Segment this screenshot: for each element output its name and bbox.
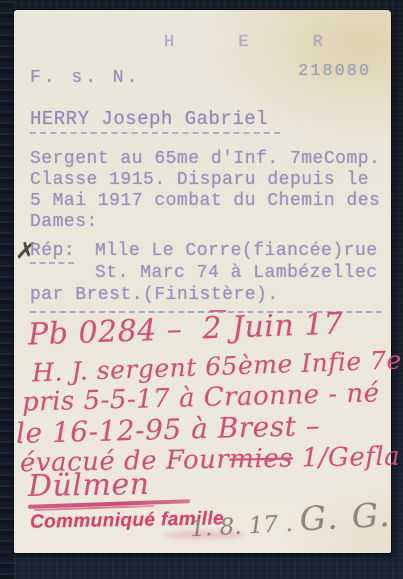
binding-edge-texture [0, 0, 14, 579]
registration-number: 218080 [298, 62, 371, 81]
reply-line-3: par Brest.(Finistère). [30, 285, 279, 306]
index-letters: H E R [164, 32, 350, 53]
handwriting-line-5-post: 1/Gefla [293, 442, 401, 474]
description-line-3: 5 Mai 1917 combat du Chemin des [30, 191, 380, 212]
description-line-2: Classe 1915. Disparu depuis le [30, 170, 369, 191]
pencil-initials: G. G. [299, 495, 393, 539]
index-card: H E R F. s. N. 218080 HERRY Joseph Gabri… [14, 10, 391, 553]
name-underline [30, 132, 280, 134]
handwriting-line-5-struck: mies [229, 444, 293, 475]
description-line-1: Sergent au 65me d'Inf. 7meComp. [30, 149, 380, 170]
scanned-index-card-page: { "document": { "index_letters": "H E R"… [0, 0, 403, 579]
reply-label-underline [30, 262, 74, 264]
handwriting-line-1: Pb 0284 – 2 Juin 17 [27, 307, 344, 353]
camp-name: Dülmen [28, 467, 150, 504]
reply-line-2: St. Marc 74 à Lambézellec [95, 263, 378, 284]
series-label: F. s. N. [30, 68, 140, 89]
description-line-4: Dames: [30, 212, 98, 233]
soldier-name: HERRY Joseph Gabriel [30, 109, 268, 130]
reply-label: Rép: [30, 241, 75, 262]
ink-smudge [164, 531, 244, 539]
reply-line-1: Mlle Le Corre(fiancée)rue [95, 241, 378, 262]
